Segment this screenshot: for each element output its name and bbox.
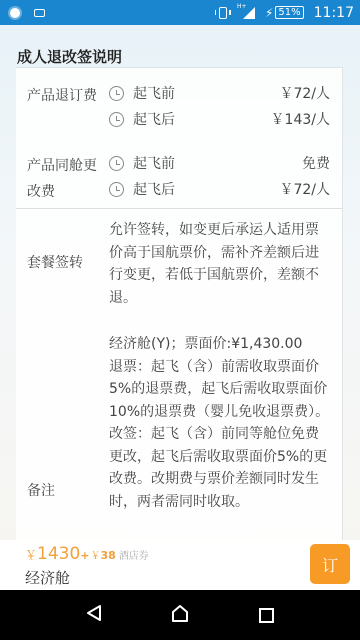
refund-fee-row: 产品退订费 起飞前 ￥72/人 起飞后 ￥143/人 bbox=[16, 68, 342, 150]
endorse-text: 允许签转，如变更后承运人适用票价高于国航票价，需补齐差额后进行变更，若低于国航票… bbox=[109, 219, 342, 333]
refund-change-sheet: 成人退改签说明 产品退订费 起飞前 ￥72/人 起飞后 ￥143/人 产品同舱更… bbox=[0, 25, 360, 540]
remarks-row: 备注 经济舱(Y)；票面价:¥1,430.00 退票：起飞（含）前需收取票面价5… bbox=[16, 333, 342, 513]
clock-icon bbox=[109, 86, 124, 101]
clock-icon bbox=[109, 182, 124, 197]
cabin-class: 经济舱 bbox=[25, 567, 70, 588]
refund-fee-after: 起飞后 ￥143/人 bbox=[109, 106, 330, 132]
battery-indicator: ⚡ 51% bbox=[265, 6, 304, 20]
status-time: 11:17 bbox=[314, 5, 354, 21]
price-line: ￥ 1430 + ￥ 38 酒店券 bbox=[25, 544, 149, 564]
change-fee-before: 起飞前 免费 bbox=[109, 150, 330, 176]
refund-fee-before: 起飞前 ￥72/人 bbox=[109, 80, 330, 106]
back-icon[interactable] bbox=[86, 604, 102, 626]
battery-percent: 51% bbox=[275, 6, 303, 19]
endorse-row: 套餐签转 允许签转，如变更后承运人适用票价高于国航票价，需补齐差额后进行变更，若… bbox=[16, 209, 342, 333]
coupon-label: 酒店券 bbox=[119, 547, 149, 562]
clock-icon bbox=[109, 156, 124, 171]
sheet-title: 成人退改签说明 bbox=[17, 46, 122, 67]
booking-bar: ￥ 1430 + ￥ 38 酒店券 经济舱 订 bbox=[0, 540, 360, 590]
fee-amount: ￥72/人 bbox=[279, 179, 330, 199]
vibrate-icon bbox=[219, 7, 227, 19]
fee-when: 起飞前 bbox=[133, 153, 175, 173]
ticket-price: 1430 bbox=[37, 544, 80, 564]
fee-amount: ￥143/人 bbox=[271, 109, 330, 129]
signal-icon: H+ bbox=[237, 6, 255, 19]
rules-card: 产品退订费 起飞前 ￥72/人 起飞后 ￥143/人 产品同舱更改费 bbox=[16, 67, 343, 540]
android-nav-bar bbox=[0, 590, 360, 640]
currency-symbol: ￥ bbox=[25, 546, 37, 563]
plus-sign: + bbox=[80, 549, 89, 562]
coupon-currency: ￥ bbox=[91, 547, 101, 562]
change-fee-label: 产品同舱更改费 bbox=[27, 150, 109, 208]
book-button[interactable]: 订 bbox=[310, 544, 350, 584]
recents-icon[interactable] bbox=[259, 608, 274, 623]
chat-notification-icon bbox=[34, 9, 45, 17]
brightness-icon bbox=[10, 8, 20, 18]
fee-when: 起飞后 bbox=[133, 109, 175, 129]
status-bar: H+ ⚡ 51% 11:17 bbox=[0, 0, 360, 25]
fee-amount: ￥72/人 bbox=[279, 83, 330, 103]
home-icon[interactable] bbox=[170, 603, 190, 627]
remarks-text: 经济舱(Y)；票面价:¥1,430.00 退票：起飞（含）前需收取票面价5%的退… bbox=[109, 333, 342, 513]
charging-icon: ⚡ bbox=[265, 6, 273, 20]
fee-amount: 免费 bbox=[302, 153, 330, 173]
change-fee-after: 起飞后 ￥72/人 bbox=[109, 176, 330, 202]
clock-icon bbox=[109, 112, 124, 127]
fee-when: 起飞前 bbox=[133, 83, 175, 103]
endorse-label: 套餐签转 bbox=[27, 219, 109, 333]
change-fee-row: 产品同舱更改费 起飞前 免费 起飞后 ￥72/人 bbox=[16, 150, 342, 208]
fee-when: 起飞后 bbox=[133, 179, 175, 199]
coupon-amount: 38 bbox=[101, 549, 116, 562]
refund-fee-label: 产品退订费 bbox=[27, 80, 109, 150]
remarks-label: 备注 bbox=[27, 333, 109, 513]
